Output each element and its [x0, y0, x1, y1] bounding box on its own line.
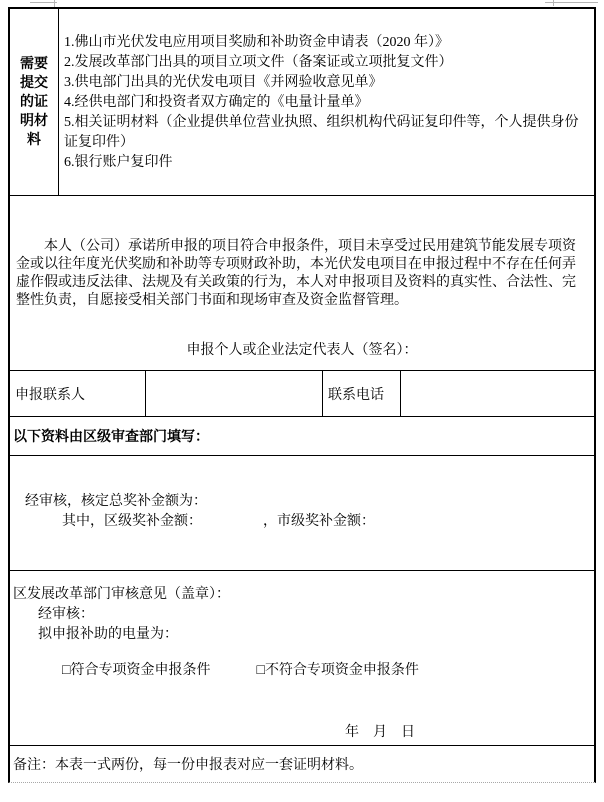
- declaration-row: 本人（公司）承诺所申报的项目符合申报条件，项目未享受过民用建筑节能发展专项资金或…: [10, 195, 594, 370]
- materials-list-item: 2.发展改革部门出具的项目立项文件（备案证或立项批复文件）: [64, 53, 589, 73]
- page-edge-artifact: [553, 0, 554, 6]
- checkbox-not-eligible[interactable]: □不符合专项资金申报条件: [256, 661, 418, 681]
- total-award-line: 经审核，核定总奖补金额为：: [25, 492, 594, 512]
- materials-list-item: 5.相关证明材料（企业提供单位营业执照、组织机构代码证复印件等，个人提供身份证复…: [64, 113, 589, 153]
- review-result-line: 经审核：: [38, 605, 594, 625]
- materials-header-cell: 需要 提交 的证 明材 料: [10, 9, 59, 195]
- signature-label: 申报个人或企业法定代表人（签名）：: [16, 342, 588, 360]
- approval-opinion-title: 区发展改革部门审核意见（盖章）：: [13, 585, 594, 605]
- contact-phone-label: 联系电话: [328, 384, 384, 404]
- application-form-table: 需要 提交 的证 明材 料 1.佛山市光伏发电应用项目奖励和补助资金申请表（20…: [8, 7, 596, 783]
- materials-list-item: 1.佛山市光伏发电应用项目奖励和补助资金申请表（2020 年）》: [64, 33, 589, 53]
- materials-header-line: 的证: [20, 93, 48, 112]
- page-edge-artifact: [30, 2, 57, 3]
- approval-opinion-row: 区发展改革部门审核意见（盖章）： 经审核： 拟申报补助的电量为： □符合专项资金…: [10, 570, 594, 745]
- page-edge-artifact: [54, 0, 55, 7]
- materials-list-item: 3.供电部门出具的光伏发电项目《并网验收意见单》: [64, 73, 589, 93]
- review-section-header-row: 以下资料由区级审查部门填写：: [10, 416, 594, 455]
- review-section-header: 以下资料由区级审查部门填写：: [13, 426, 209, 446]
- materials-list-item: 6.银行账户复印件: [64, 153, 589, 173]
- checkbox-eligible-label: 符合专项资金申报条件: [70, 663, 210, 678]
- materials-header-line: 需要: [20, 55, 48, 74]
- award-amount-row: 经审核，核定总奖补金额为： 其中，区级奖补金额：，市级奖补金额：: [10, 455, 594, 570]
- materials-list-item: 4.经供电部门和投资者双方确定的《电量计量单》: [64, 93, 589, 113]
- city-award-label: ，市级奖补金额：: [263, 514, 375, 529]
- materials-header-line: 提交: [20, 74, 48, 93]
- remark-text: 备注：本表一式两份，每一份申报表对应一套证明材料。: [13, 754, 363, 774]
- date-line: 年 月 日: [345, 723, 594, 743]
- contact-phone-label-cell: 联系电话: [322, 371, 400, 416]
- eligibility-checkbox-line: □符合专项资金申报条件□不符合专项资金申报条件: [62, 661, 594, 681]
- award-breakdown-line: 其中，区级奖补金额：，市级奖补金额：: [62, 512, 594, 532]
- contact-name-input-cell[interactable]: [145, 371, 322, 416]
- declaration-text: 本人（公司）承诺所申报的项目符合申报条件，项目未享受过民用建筑节能发展专项资金或…: [16, 238, 588, 310]
- application-form-page: 需要 提交 的证 明材 料 1.佛山市光伏发电应用项目奖励和补助资金申请表（20…: [0, 0, 604, 802]
- contact-row: 申报联系人 联系电话: [10, 370, 594, 416]
- district-award-label: 其中，区级奖补金额：: [62, 514, 202, 529]
- subsidy-electricity-line: 拟申报补助的电量为：: [38, 625, 594, 645]
- checkbox-eligible[interactable]: □符合专项资金申报条件: [62, 661, 210, 681]
- contact-phone-input-cell[interactable]: [400, 371, 594, 416]
- materials-row: 需要 提交 的证 明材 料 1.佛山市光伏发电应用项目奖励和补助资金申请表（20…: [10, 9, 594, 195]
- contact-name-label-cell: 申报联系人: [10, 371, 145, 416]
- checkbox-icon[interactable]: □: [256, 663, 264, 678]
- materials-list-cell: 1.佛山市光伏发电应用项目奖励和补助资金申请表（2020 年）》 2.发展改革部…: [59, 9, 594, 195]
- materials-header-line: 明材: [20, 112, 48, 131]
- checkbox-not-eligible-label: 不符合专项资金申报条件: [265, 663, 419, 678]
- remark-row: 备注：本表一式两份，每一份申报表对应一套证明材料。: [10, 745, 594, 782]
- contact-name-label: 申报联系人: [15, 384, 85, 404]
- materials-header-line: 料: [27, 131, 41, 150]
